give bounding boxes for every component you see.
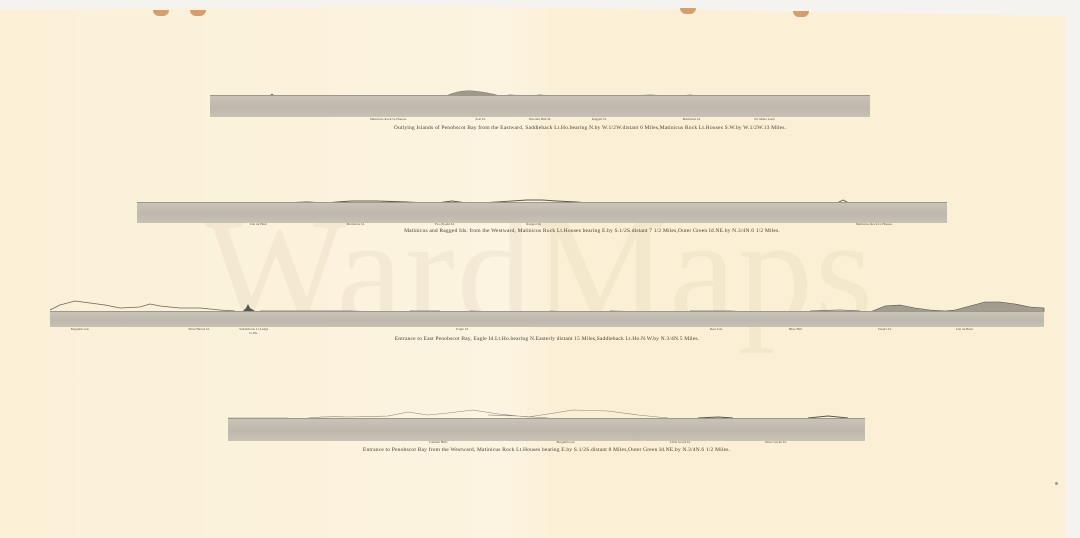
profile-west-penobscot: Camden Hills Megunticook Little Green Id… <box>228 406 865 458</box>
feature-label: Megunticook <box>71 327 89 331</box>
feature-label: Eagle Id. <box>456 327 468 331</box>
feature-label: Blue Hill <box>789 327 802 331</box>
feature-label: Ragged Id. <box>592 117 607 121</box>
sea-strip <box>210 95 870 117</box>
feature-label: Vinal Haven Id. <box>188 327 210 331</box>
sea-strip <box>50 311 1044 327</box>
profile-caption: Entrance to Penobscot Bay from the Westw… <box>228 447 865 453</box>
profile-matinicus-ragged: Isle au Haut Matinicus Id. Two Pound Id.… <box>137 194 947 244</box>
feature-label: Wooden Ball Id. <box>529 117 551 121</box>
paper-mark <box>1055 482 1058 485</box>
profile-east-penobscot: Megunticook Vinal Haven Id. Saddleback L… <box>50 296 1044 348</box>
profile-caption: Matinicus and Ragged Ids. from the Westw… <box>197 228 987 234</box>
feature-label: Camden Hills <box>429 440 448 444</box>
profile-caption: Entrance to East Penobscot Bay, Eagle Id… <box>50 336 1044 342</box>
feature-label: No Mans Land <box>754 117 774 121</box>
feature-label: Isle au Haut <box>250 222 267 226</box>
feature-label: Ragged Id. <box>526 222 541 226</box>
feature-label: Outer Green Id. <box>765 440 787 444</box>
feature-label: Two Pound Id. <box>435 222 455 226</box>
feature-label: Matinicus Id. <box>683 117 701 121</box>
feature-label: Isle au Haut <box>956 327 973 331</box>
feature-label: Deer Isle <box>710 327 723 331</box>
feature-label: Matinicus Rock Lt.Houses <box>370 117 407 121</box>
feature-label: Swan's Id. <box>878 327 892 331</box>
profile-outlying-islands: Matinicus Rock Lt.Houses Seal Id. Wooden… <box>210 86 870 146</box>
sea-strip <box>137 202 947 223</box>
profile-caption: Outlying Islands of Penobscot Bay from t… <box>270 125 910 131</box>
feature-label: Little Green Id. <box>670 440 691 444</box>
coastline-silhouette <box>50 296 1044 312</box>
feature-label: Megunticook <box>557 440 575 444</box>
feature-label: Matinicus Rock Lt.Houses <box>856 222 893 226</box>
feature-label: Seal Id. <box>475 117 486 121</box>
feature-label: Lt.Ho. <box>249 331 258 335</box>
feature-label: Matinicus Id. <box>347 222 365 226</box>
sea-strip <box>228 418 865 441</box>
